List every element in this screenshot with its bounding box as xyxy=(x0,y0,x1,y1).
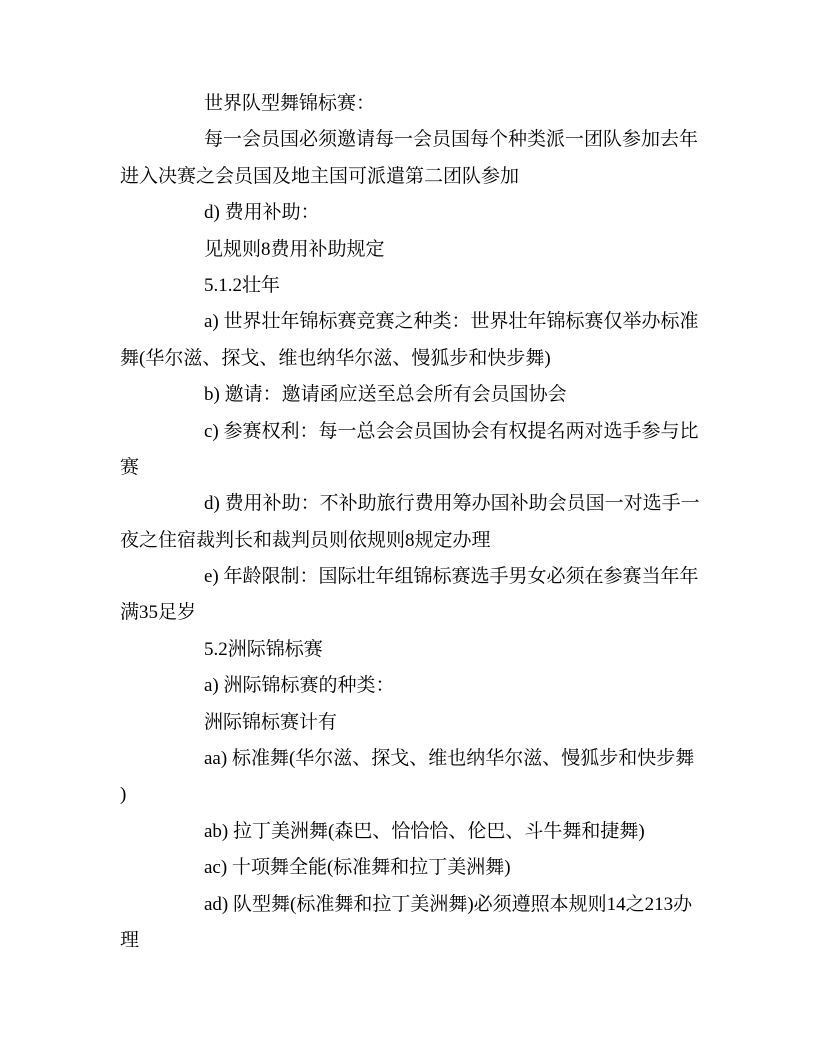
text-line: c) 参赛权利：每一总会会员国协会有权提名两对选手参与比 xyxy=(120,414,700,450)
text-line: d) 费用补助：不补助旅行费用筹办国补助会员国一对选手一 xyxy=(120,486,700,522)
text-line: 满35足岁 xyxy=(120,595,700,631)
text-line: a) 世界壮年锦标赛竞赛之种类：世界壮年锦标赛仅举办标准 xyxy=(120,304,700,340)
text-line: 见规则8费用补助规定 xyxy=(120,232,700,268)
text-line: 赛 xyxy=(120,450,700,486)
text-line: 进入决赛之会员国及地主国可派遣第二团队参加 xyxy=(120,159,700,195)
text-line: d) 费用补助： xyxy=(120,195,700,231)
document-page: 世界队型舞锦标赛：每一会员国必须邀请每一会员国每个种类派一团队参加去年进入决赛之… xyxy=(0,0,816,1056)
text-line: 5.2洲际锦标赛 xyxy=(120,632,700,668)
text-line: ) xyxy=(120,777,700,813)
document-text-block: 世界队型舞锦标赛：每一会员国必须邀请每一会员国每个种类派一团队参加去年进入决赛之… xyxy=(120,86,700,959)
text-line: 舞(华尔滋、探戈、维也纳华尔滋、慢狐步和快步舞) xyxy=(120,341,700,377)
text-line: ac) 十项舞全能(标准舞和拉丁美洲舞) xyxy=(120,850,700,886)
text-line: aa) 标准舞(华尔滋、探戈、维也纳华尔滋、慢狐步和快步舞 xyxy=(120,741,700,777)
text-line: 5.1.2壮年 xyxy=(120,268,700,304)
text-line: 理 xyxy=(120,923,700,959)
text-line: ab) 拉丁美洲舞(森巴、恰恰恰、伦巴、斗牛舞和捷舞) xyxy=(120,814,700,850)
text-line: 夜之住宿裁判长和裁判员则依规则8规定办理 xyxy=(120,523,700,559)
text-line: e) 年龄限制：国际壮年组锦标赛选手男女必须在参赛当年年 xyxy=(120,559,700,595)
text-line: 每一会员国必须邀请每一会员国每个种类派一团队参加去年 xyxy=(120,122,700,158)
text-line: 洲际锦标赛计有 xyxy=(120,705,700,741)
text-line: 世界队型舞锦标赛： xyxy=(120,86,700,122)
text-line: b) 邀请：邀请函应送至总会所有会员国协会 xyxy=(120,377,700,413)
text-line: ad) 队型舞(标准舞和拉丁美洲舞)必须遵照本规则14之213办 xyxy=(120,887,700,923)
text-line: a) 洲际锦标赛的种类： xyxy=(120,668,700,704)
